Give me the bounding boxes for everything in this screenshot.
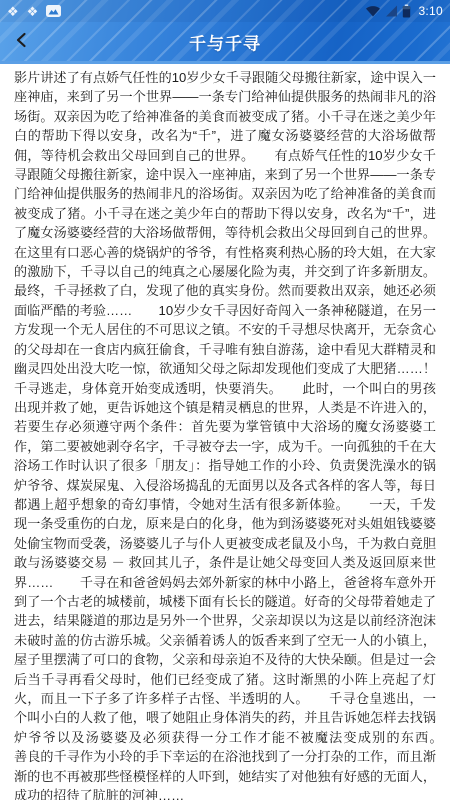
status-bar: ❖ ❖: [0, 0, 450, 22]
image-icon: [46, 5, 61, 17]
battery-icon: [402, 4, 411, 18]
sync-icon: ❖: [7, 5, 19, 18]
app-bar: 千与千寻: [0, 22, 450, 61]
signal-icon: [385, 5, 398, 17]
sync-icon: ❖: [27, 5, 39, 18]
article-scroll-area[interactable]: 影片讲述了有点娇气任性的10岁少女千寻跟随父母搬往新家，途中误入一座神庙，来到了…: [0, 64, 450, 800]
wifi-icon: [365, 5, 381, 17]
status-bar-system: 3:10: [365, 4, 443, 18]
top-bar: ❖ ❖: [0, 0, 450, 64]
app-screen: ❖ ❖: [0, 0, 450, 800]
clock-text: 3:10: [418, 4, 443, 18]
article-text: 影片讲述了有点娇气任性的10岁少女千寻跟随父母搬往新家，途中误入一座神庙，来到了…: [14, 68, 436, 800]
status-bar-notifications: ❖ ❖: [7, 5, 61, 18]
page-title: 千与千寻: [0, 29, 450, 54]
